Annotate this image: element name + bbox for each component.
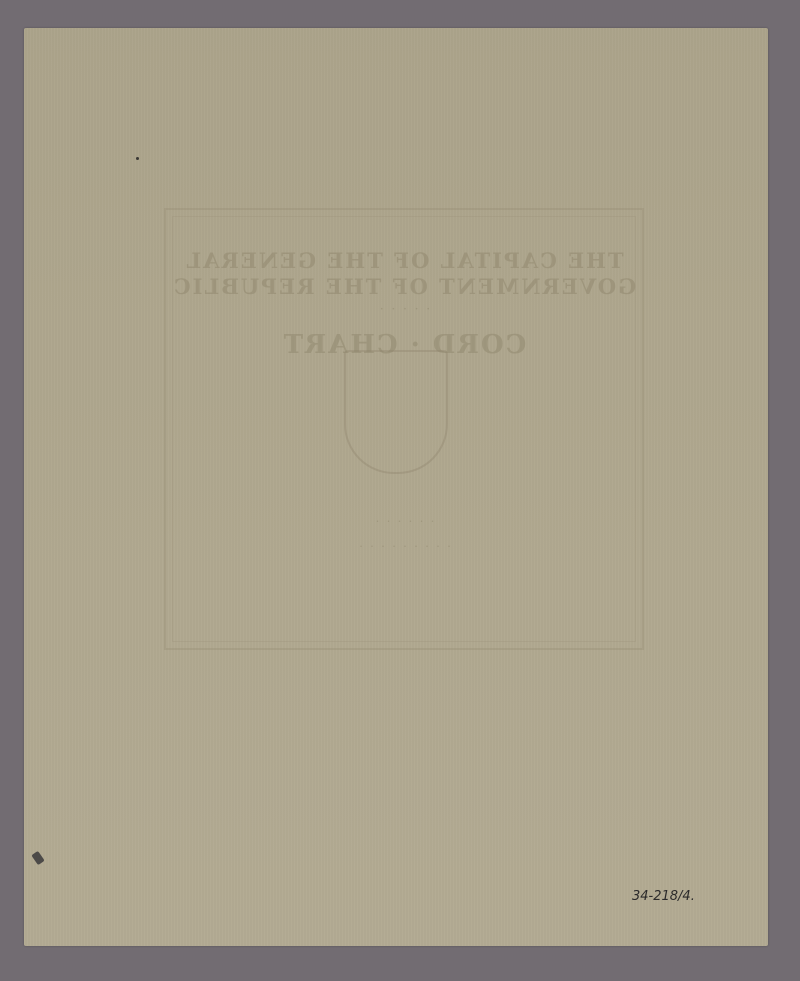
show-through-line-3: · · · · · <box>166 302 642 316</box>
plate-mark: THE CAPITAL OF THE GENERAL GOVERNMENT OF… <box>164 208 644 650</box>
show-through-line-2: GOVERNMENT OF THE REPUBLIC <box>166 274 642 299</box>
show-through-line-5: · · · · · · <box>166 515 642 528</box>
show-through-line-1: THE CAPITAL OF THE GENERAL <box>166 248 642 273</box>
paper-speck <box>136 157 139 160</box>
paper-sheet: THE CAPITAL OF THE GENERAL GOVERNMENT OF… <box>24 28 768 946</box>
coat-of-arms-shield-icon <box>344 350 448 474</box>
show-through-line-6: · · · · · · · · · <box>166 540 642 553</box>
handwritten-catalog-number: 34-218/4. <box>632 889 695 904</box>
